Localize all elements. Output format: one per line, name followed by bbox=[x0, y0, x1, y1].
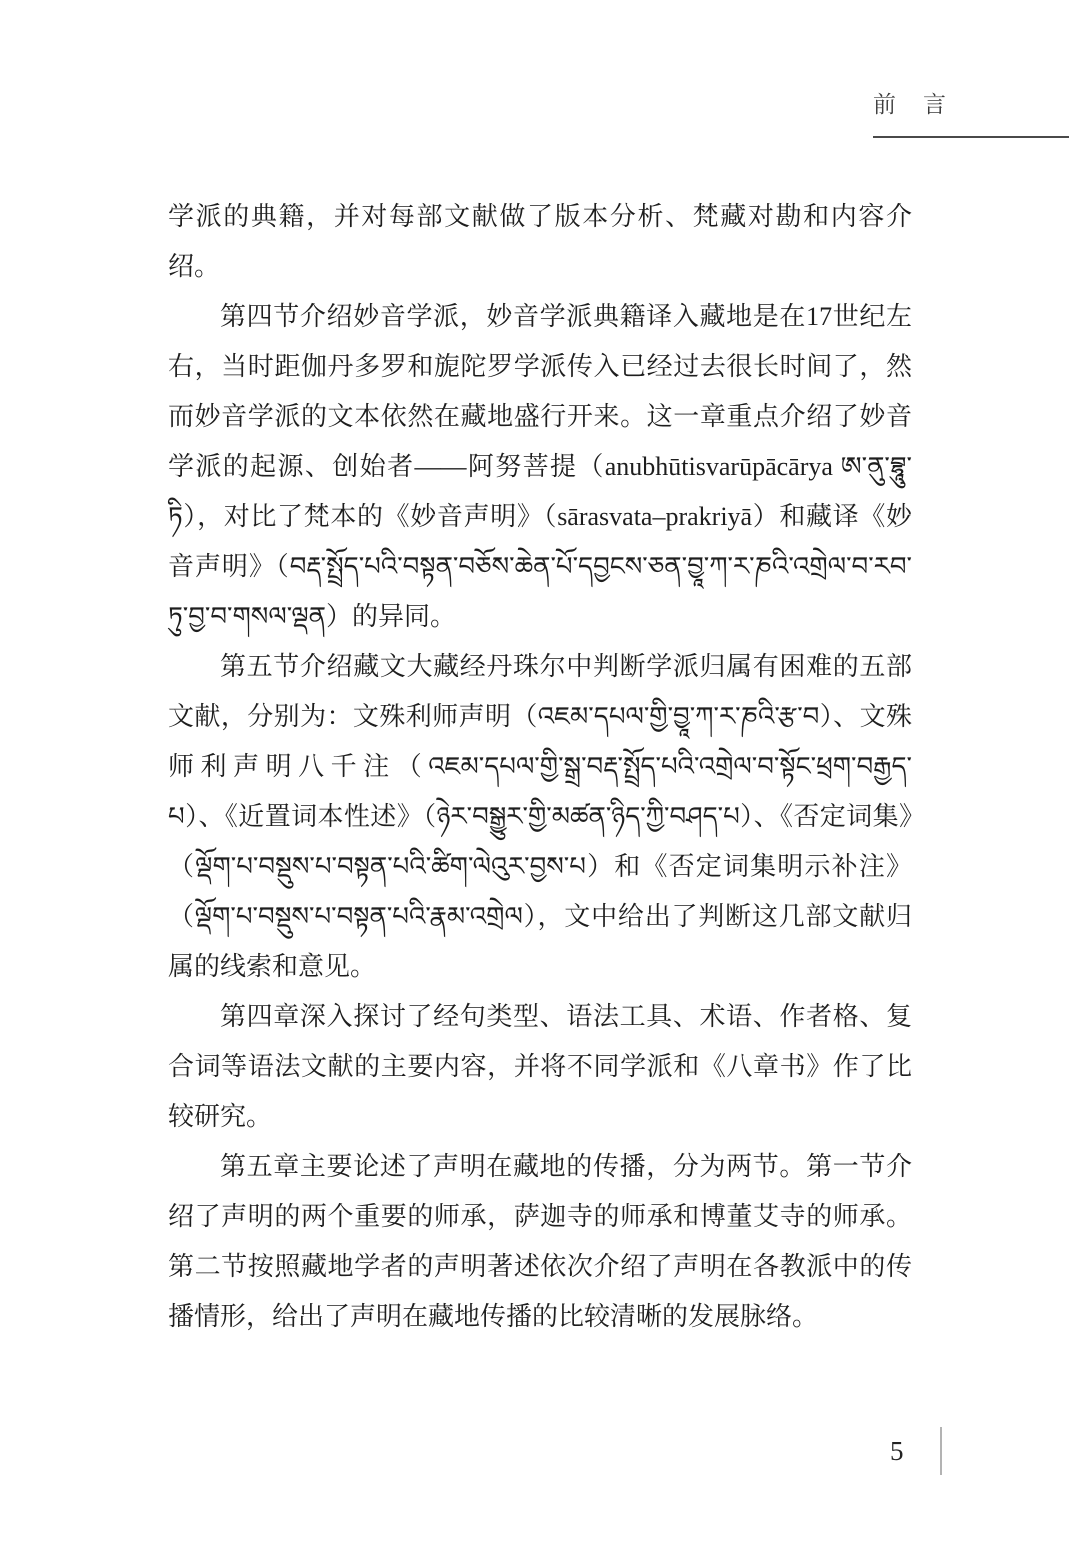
page-number: 5 bbox=[886, 1436, 940, 1467]
paragraph-chapter5: 第五章主要论述了声明在藏地的传播，分为两节。第一节介绍了声明的两个重要的师承，萨… bbox=[168, 1142, 912, 1342]
running-header-title: 前 言 bbox=[873, 90, 1069, 120]
header-rule bbox=[873, 136, 1069, 138]
book-page: 前 言 学派的典籍，并对每部文献做了版本分析、梵藏对勘和内容介绍。 第四节介绍妙… bbox=[0, 0, 1080, 1564]
paragraph-section5: 第五节介绍藏文大藏经丹珠尔中判断学派归属有困难的五部文献，分别为：文殊利师声明（… bbox=[168, 642, 912, 992]
paragraph-chapter4: 第四章深入探讨了经句类型、语法工具、术语、作者格、复合词等语法文献的主要内容，并… bbox=[168, 992, 912, 1142]
paragraph-continued: 学派的典籍，并对每部文献做了版本分析、梵藏对勘和内容介绍。 bbox=[168, 192, 912, 292]
folio: 5 bbox=[886, 1426, 942, 1476]
folio-rule bbox=[940, 1427, 942, 1475]
running-header: 前 言 bbox=[873, 90, 1069, 138]
paragraph-section4: 第四节介绍妙音学派，妙音学派典籍译入藏地是在17世纪左右，当时距伽丹多罗和旎陀罗… bbox=[168, 292, 912, 642]
body-text: 学派的典籍，并对每部文献做了版本分析、梵藏对勘和内容介绍。 第四节介绍妙音学派，… bbox=[168, 192, 912, 1342]
